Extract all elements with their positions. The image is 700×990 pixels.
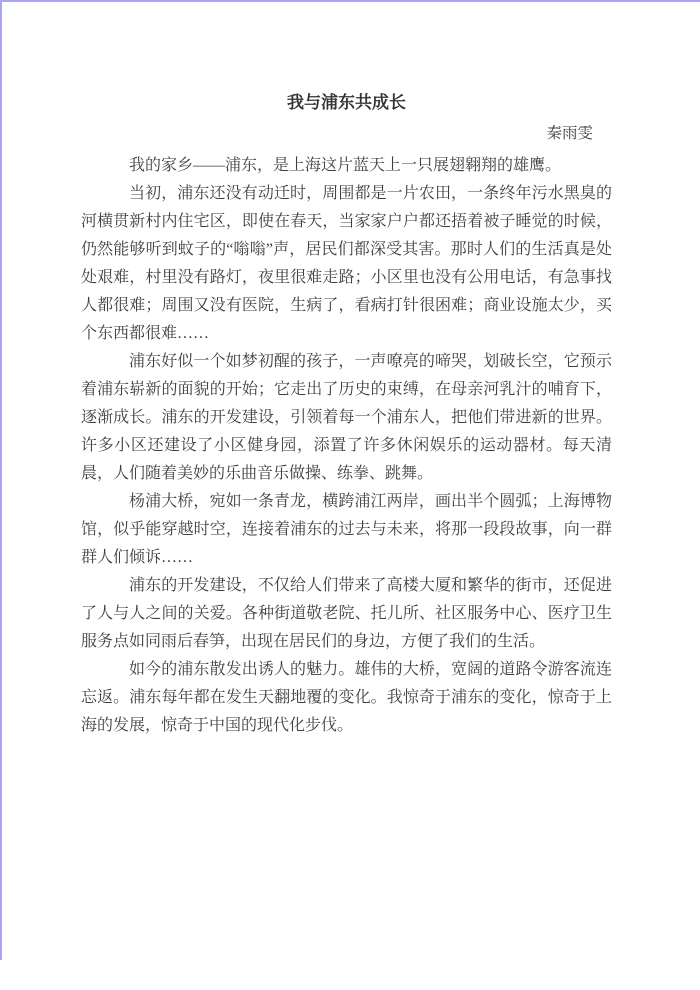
essay-paragraph: 我的家乡——浦东，是上海这片蓝天上一只展翅翱翔的雄鹰。 [81, 152, 612, 180]
page-boundary-left [0, 0, 2, 960]
page-boundary-top [0, 0, 700, 2]
essay-paragraph: 当初，浦东还没有动迁时，周围都是一片农田，一条终年污水黑臭的河横贯新村内住宅区，… [81, 180, 612, 348]
essay-paragraph: 浦东好似一个如梦初醒的孩子，一声嘹亮的啼哭，划破长空，它预示着浦东崭新的面貌的开… [81, 348, 612, 488]
document-content: 我与浦东共成长 秦雨雯 我的家乡——浦东，是上海这片蓝天上一只展翅翱翔的雄鹰。 … [81, 93, 612, 740]
document-body: 我的家乡——浦东，是上海这片蓝天上一只展翅翱翔的雄鹰。 当初，浦东还没有动迁时，… [81, 152, 612, 740]
document-title: 我与浦东共成长 [81, 93, 612, 113]
essay-paragraph: 如今的浦东散发出诱人的魅力。雄伟的大桥，宽阔的道路令游客流连忘返。浦东每年都在发… [81, 656, 612, 740]
essay-paragraph: 浦东的开发建设，不仅给人们带来了高楼大厦和繁华的街市，还促进了人与人之间的关爱。… [81, 572, 612, 656]
essay-paragraph: 杨浦大桥，宛如一条青龙，横跨浦江两岸，画出半个圆弧；上海博物馆，似乎能穿越时空，… [81, 488, 612, 572]
author-name: 秦雨雯 [81, 125, 612, 143]
document-page: 我与浦东共成长 秦雨雯 我的家乡——浦东，是上海这片蓝天上一只展翅翱翔的雄鹰。 … [0, 0, 700, 990]
